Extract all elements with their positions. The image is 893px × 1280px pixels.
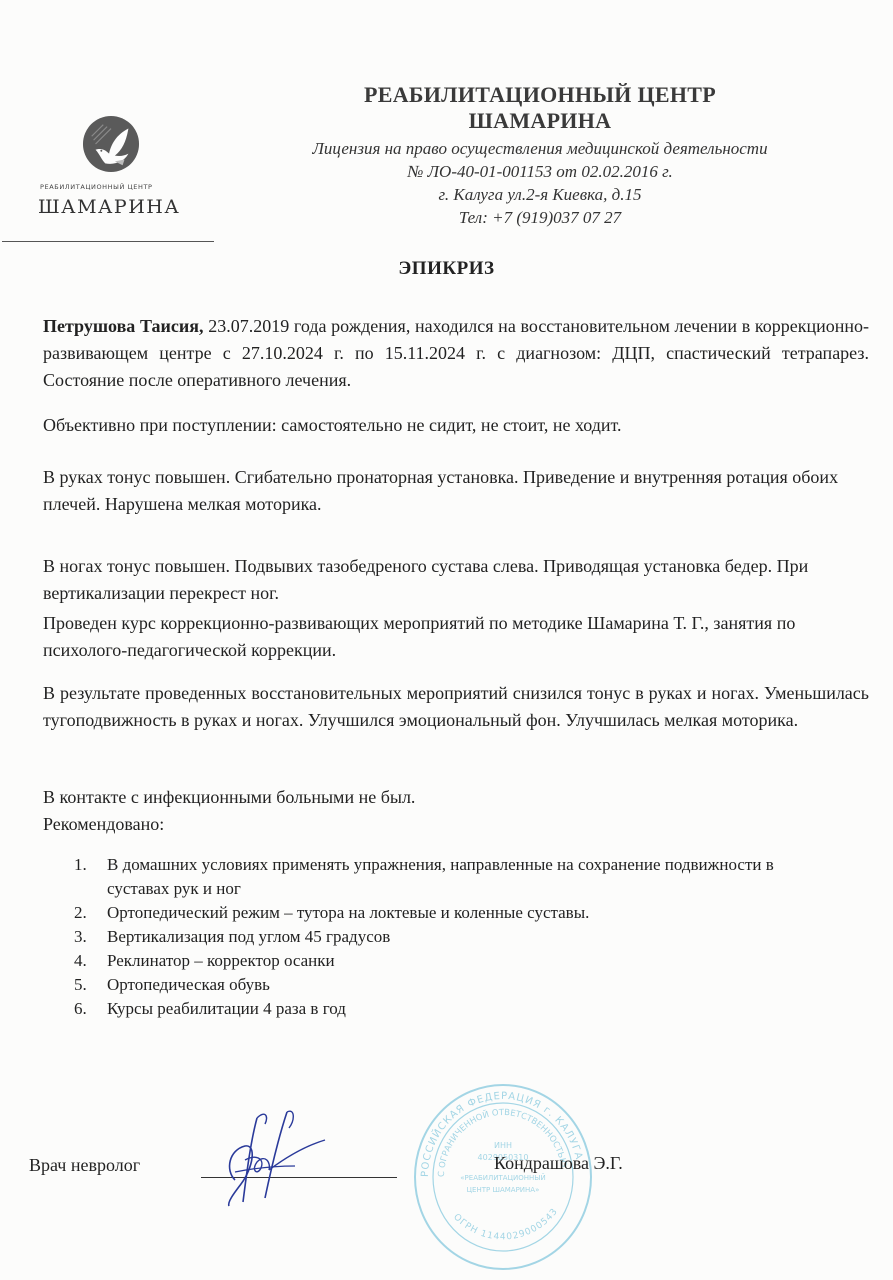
recommendations-list: 1.В домашних условиях применять упражнен… — [74, 853, 834, 1021]
recommendation-item: 6.Курсы реабилитации 4 раза в год — [74, 997, 834, 1021]
license-line2: № ЛО-40-01-001153 от 02.02.2016 г. — [260, 160, 820, 183]
dove-in-circle-icon — [82, 115, 140, 173]
intro-paragraph: Петрушова Таисия, 23.07.2019 года рожден… — [43, 313, 869, 394]
recommendation-item: 1.В домашних условиях применять упражнен… — [74, 853, 834, 901]
logo-subtitle: РЕАБИЛИТАЦИОННЫЙ ЦЕНТР — [40, 183, 153, 191]
arms-paragraph: В руках тонус повышен. Сгибательно прона… — [43, 464, 869, 518]
org-title-line1: РЕАБИЛИТАЦИОННЫЙ ЦЕНТР — [260, 82, 820, 108]
phone: Тел: +7 (919)037 07 27 — [260, 206, 820, 229]
epicrisis-document: РЕАБИЛИТАЦИОННЫЙ ЦЕНТР ШАМАРИНА РЕАБИЛИТ… — [0, 0, 893, 1280]
org-title-line2: ШАМАРИНА — [260, 108, 820, 134]
document-title: ЭПИКРИЗ — [0, 258, 893, 280]
recommended-label: Рекомендовано: — [43, 811, 869, 838]
svg-text:ЦЕНТР ШАМАРИНА»: ЦЕНТР ШАМАРИНА» — [467, 1186, 540, 1194]
logo-divider — [2, 241, 214, 242]
recommendation-item: 2.Ортопедический режим – тутора на локте… — [74, 901, 834, 925]
signer-role: Врач невролог — [29, 1155, 140, 1176]
svg-text:«РЕАБИЛИТАЦИОННЫЙ: «РЕАБИЛИТАЦИОННЫЙ — [460, 1173, 545, 1182]
svg-text:ИНН: ИНН — [494, 1141, 512, 1150]
recommendation-item: 5.Ортопедическая обувь — [74, 973, 834, 997]
address: г. Калуга ул.2-я Киевка, д.15 — [260, 183, 820, 206]
course-paragraph: Проведен курс коррекционно-развивающих м… — [43, 610, 869, 664]
signer-name: Кондрашова Э.Г. — [494, 1153, 623, 1174]
results-paragraph: В результате проведенных восстановительн… — [43, 680, 869, 734]
legs-paragraph: В ногах тонус повышен. Подвывих тазобедр… — [43, 553, 869, 607]
handwritten-signature-icon — [195, 1110, 335, 1210]
contact-paragraph: В контакте с инфекционными больными не б… — [43, 785, 869, 810]
license-line1: Лицензия на право осуществления медицинс… — [260, 137, 820, 160]
recommendation-item: 4.Реклинатор – корректор осанки — [74, 949, 834, 973]
patient-name: Петрушова Таисия, — [43, 316, 204, 336]
official-stamp-icon: РОССИЙСКАЯ ФЕДЕРАЦИЯ г. КАЛУГА С ОГРАНИЧ… — [408, 1080, 598, 1275]
logo-name: ШАМАРИНА — [38, 196, 180, 218]
letterhead: РЕАБИЛИТАЦИОННЫЙ ЦЕНТР ШАМАРИНА Лицензия… — [260, 82, 820, 229]
recommendation-item: 3.Вертикализация под углом 45 градусов — [74, 925, 834, 949]
objective-paragraph: Объективно при поступлении: самостоятель… — [43, 412, 869, 439]
